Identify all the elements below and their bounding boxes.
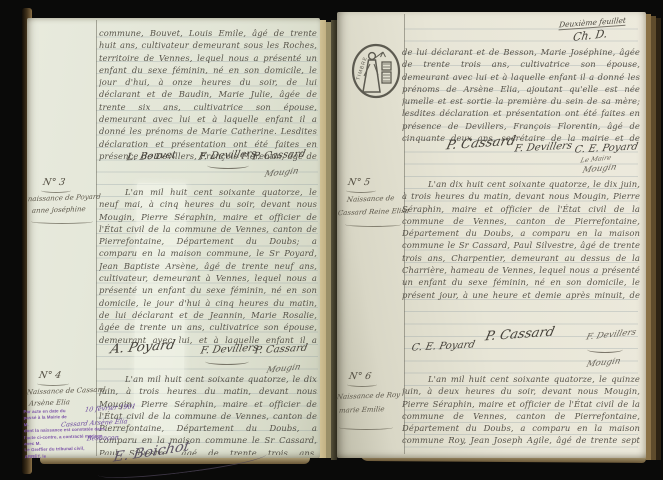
act-number-underline-2	[37, 381, 69, 386]
fiscal-stamp-icon: TIMBRE	[350, 42, 402, 100]
margin-note-underline	[31, 219, 93, 224]
act-text-entry6: L'an mil huit cent soixante quatorze, le…	[402, 373, 640, 449]
margin-note-entry3-line2: anne joséphine	[31, 205, 86, 215]
act-number-6: N° 6	[348, 371, 372, 382]
act-number-4: N° 4	[38, 370, 62, 381]
margin-note-entry6-line2: marie Emilie	[338, 405, 384, 415]
margin-note-entry5-line1: Naissance de	[346, 194, 394, 204]
margin-note-entry6-line1: Naissance de Roy	[336, 391, 400, 401]
margin-note-entry4-line1: Naissance de Cassard	[26, 386, 105, 397]
margin-note-entry4-line2: Arsène Elia	[28, 398, 70, 407]
act-text-continuation: commune, Bouvet, Louis Emile, âgé de tre…	[99, 27, 317, 164]
paraph-squiggle	[207, 162, 249, 169]
act-text-entry4-continuation: de lui déclarant et de Besson, Marie Jos…	[402, 46, 640, 145]
act-number-3: N° 3	[42, 177, 66, 188]
paraph-squiggle-2	[205, 358, 249, 365]
act-text-entry3: L'an mil huit cent soixante quatorze, le…	[99, 186, 317, 345]
right-page-stack-edge-3	[656, 18, 661, 460]
stamp-handwritten-place: Besançon	[86, 433, 119, 442]
margin-note-entry3-line1: naissance de Poyard	[27, 193, 101, 204]
act-text-entry4: L'an mil huit cent soixante quatorze, le…	[99, 373, 317, 455]
right-register-page: Deuxième feuillet Ch. D. TIMBRE de lui d…	[337, 12, 646, 458]
act-number-underline-6	[347, 382, 377, 387]
act-number-underline	[41, 188, 71, 193]
gutter-page-edge	[319, 20, 326, 458]
act-number-underline-5	[346, 188, 376, 193]
margin-note-underline-5	[345, 222, 401, 227]
act-text-entry5: L'an dix huit cent soixante quatorze, le…	[402, 178, 640, 302]
act-number-5: N° 5	[347, 177, 371, 188]
left-register-page: commune, Bouvet, Louis Emile, âgé de tre…	[27, 18, 320, 458]
margin-note-underline-6	[339, 425, 393, 430]
paraph-squiggle-r2	[587, 346, 623, 353]
margin-note-entry5-line2: Cassard Reine Elisa	[337, 207, 409, 217]
